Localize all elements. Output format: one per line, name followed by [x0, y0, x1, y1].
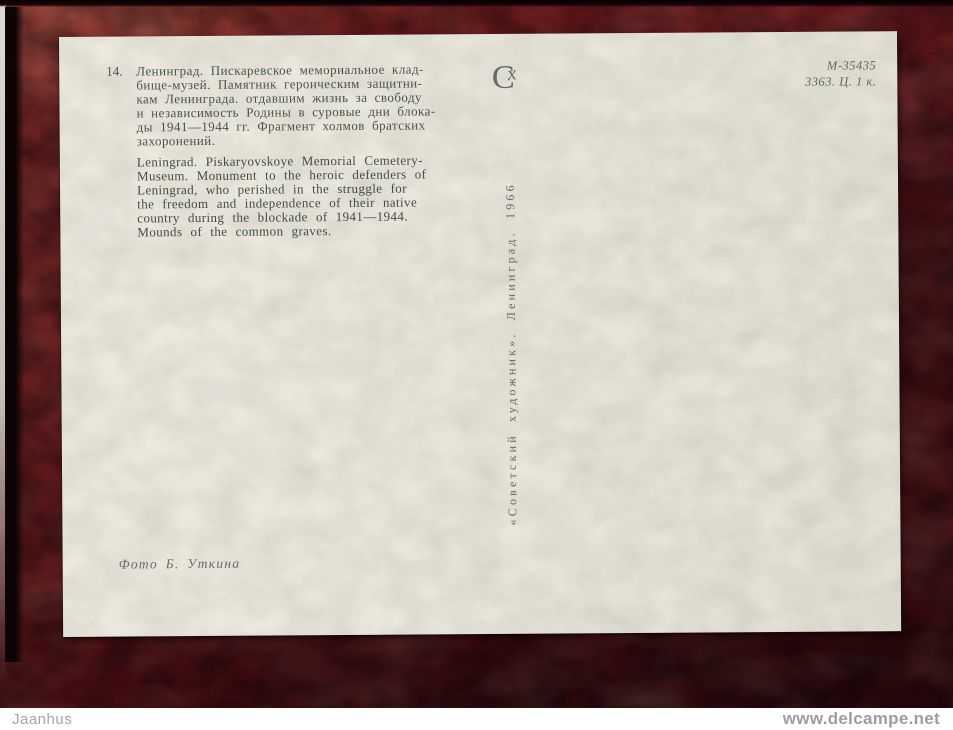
photo-credit: Фото Б. Уткина: [119, 556, 241, 573]
watermark-seller: Jaanhus: [12, 711, 72, 728]
caption-russian-block: 14. Ленинград. Пискаревское мемориальное…: [106, 62, 473, 149]
postcard-photo-scene: 14. Ленинград. Пискаревское мемориальное…: [0, 0, 953, 730]
logo-letter-x: х: [506, 63, 518, 84]
watermark-site: www.delcampe.net: [783, 709, 940, 729]
caption-number: 14.: [106, 64, 137, 148]
caption-russian: Ленинград. Пискаревское мемориальное кла…: [136, 62, 473, 148]
table-edge-top: [0, 0, 953, 7]
postcard-back: 14. Ленинград. Пискаревское мемориальное…: [59, 31, 901, 637]
catalog-code: М-35435: [805, 58, 876, 74]
publisher-imprint-vertical: «Советский художник». Ленинград. 1966: [502, 144, 521, 564]
print-order-price: 3363. Ц. 1 к.: [805, 74, 876, 90]
publisher-logo-cx-icon: С х: [492, 60, 530, 102]
caption-english: Leningrad. Piskaryovskoye Memorial Cemet…: [137, 153, 472, 239]
watermark-bar: Jaanhus www.delcampe.net: [0, 708, 953, 730]
table-edge-left: [5, 7, 24, 662]
catalog-block: М-35435 3363. Ц. 1 к.: [805, 58, 877, 89]
